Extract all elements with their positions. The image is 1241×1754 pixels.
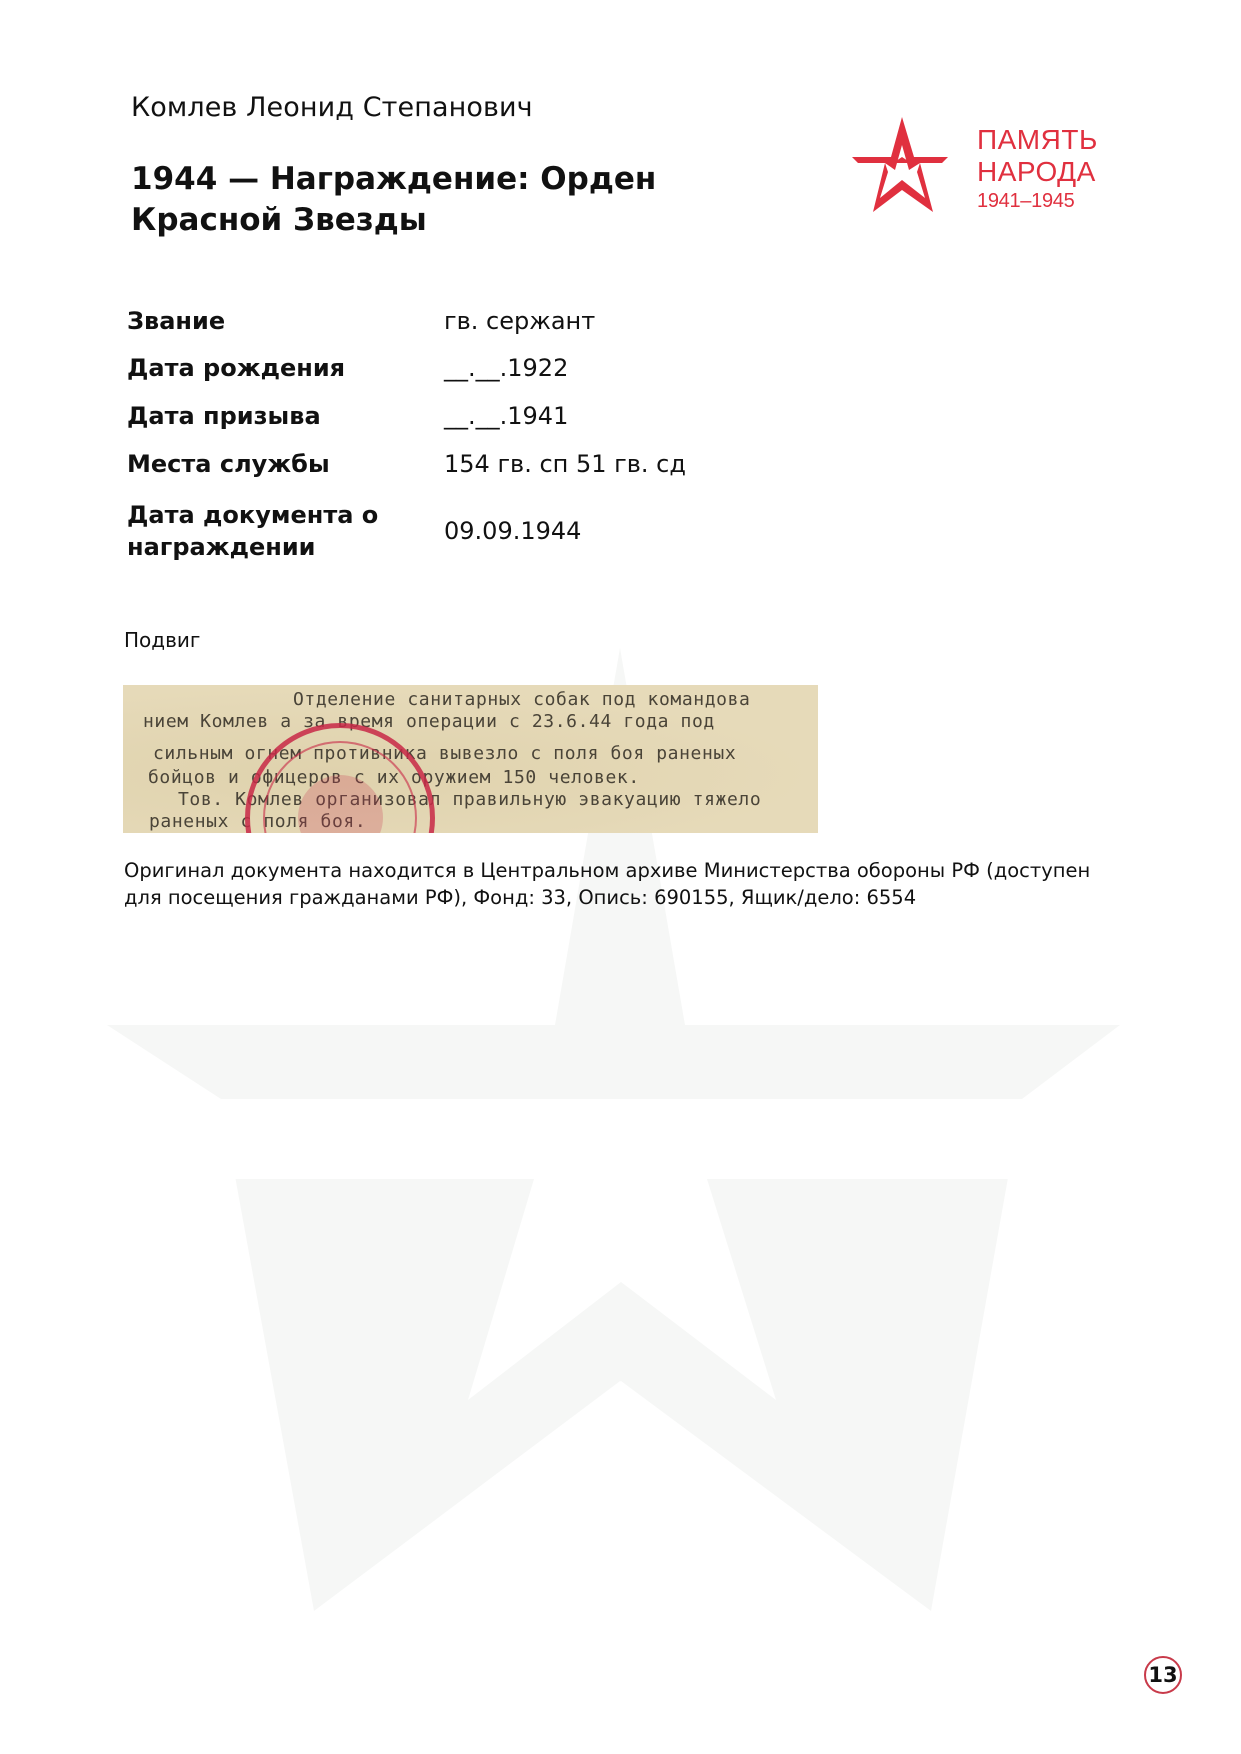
info-row-draft-date: Дата призыва __.__.1941 — [127, 392, 686, 440]
info-row-award-doc-date: Дата документа о награждении 09.09.1944 — [127, 492, 686, 570]
info-row-service-places: Места службы 154 гв. сп 51 гв. сд — [127, 440, 686, 488]
info-label: Места службы — [127, 448, 444, 480]
pamyat-naroda-logo: ПАМЯТЬ НАРОДА 1941–1945 — [845, 110, 1125, 220]
info-label: Звание — [127, 305, 444, 337]
info-value: __.__.1941 — [444, 400, 568, 432]
info-label: Дата документа о награждении — [127, 499, 444, 563]
red-star-icon — [845, 110, 955, 220]
feat-label: Подвиг — [124, 628, 200, 652]
page-number: 13 — [1144, 1656, 1182, 1694]
info-value: 09.09.1944 — [444, 515, 581, 547]
source-note: Оригинал документа находится в Центральн… — [124, 857, 1114, 911]
scan-line: нием Комлев а за время операции с 23.6.4… — [143, 711, 715, 732]
scan-line: Отделение санитарных собак под командова — [293, 689, 750, 710]
info-row-birth-date: Дата рождения __.__.1922 — [127, 344, 686, 392]
info-value: гв. сержант — [444, 305, 595, 337]
info-table: Звание гв. сержант Дата рождения __.__.1… — [127, 298, 686, 570]
award-title: 1944 — Награждение: Орден Красной Звезды — [131, 159, 751, 241]
info-value: 154 гв. сп 51 гв. сд — [444, 448, 686, 480]
info-label: Дата призыва — [127, 400, 444, 432]
info-label: Дата рождения — [127, 352, 444, 384]
scan-line: сильным огнем противника вывезло с поля … — [153, 743, 736, 764]
info-row-rank: Звание гв. сержант — [127, 298, 686, 344]
person-name: Комлев Леонид Степанович — [131, 92, 533, 123]
logo-text-pamyat: ПАМЯТЬ — [977, 126, 1098, 154]
logo-text-naroda: НАРОДА — [977, 158, 1096, 186]
logo-years: 1941–1945 — [977, 190, 1074, 213]
award-document-scan: Отделение санитарных собак под командова… — [123, 685, 818, 833]
info-value: __.__.1922 — [444, 352, 568, 384]
